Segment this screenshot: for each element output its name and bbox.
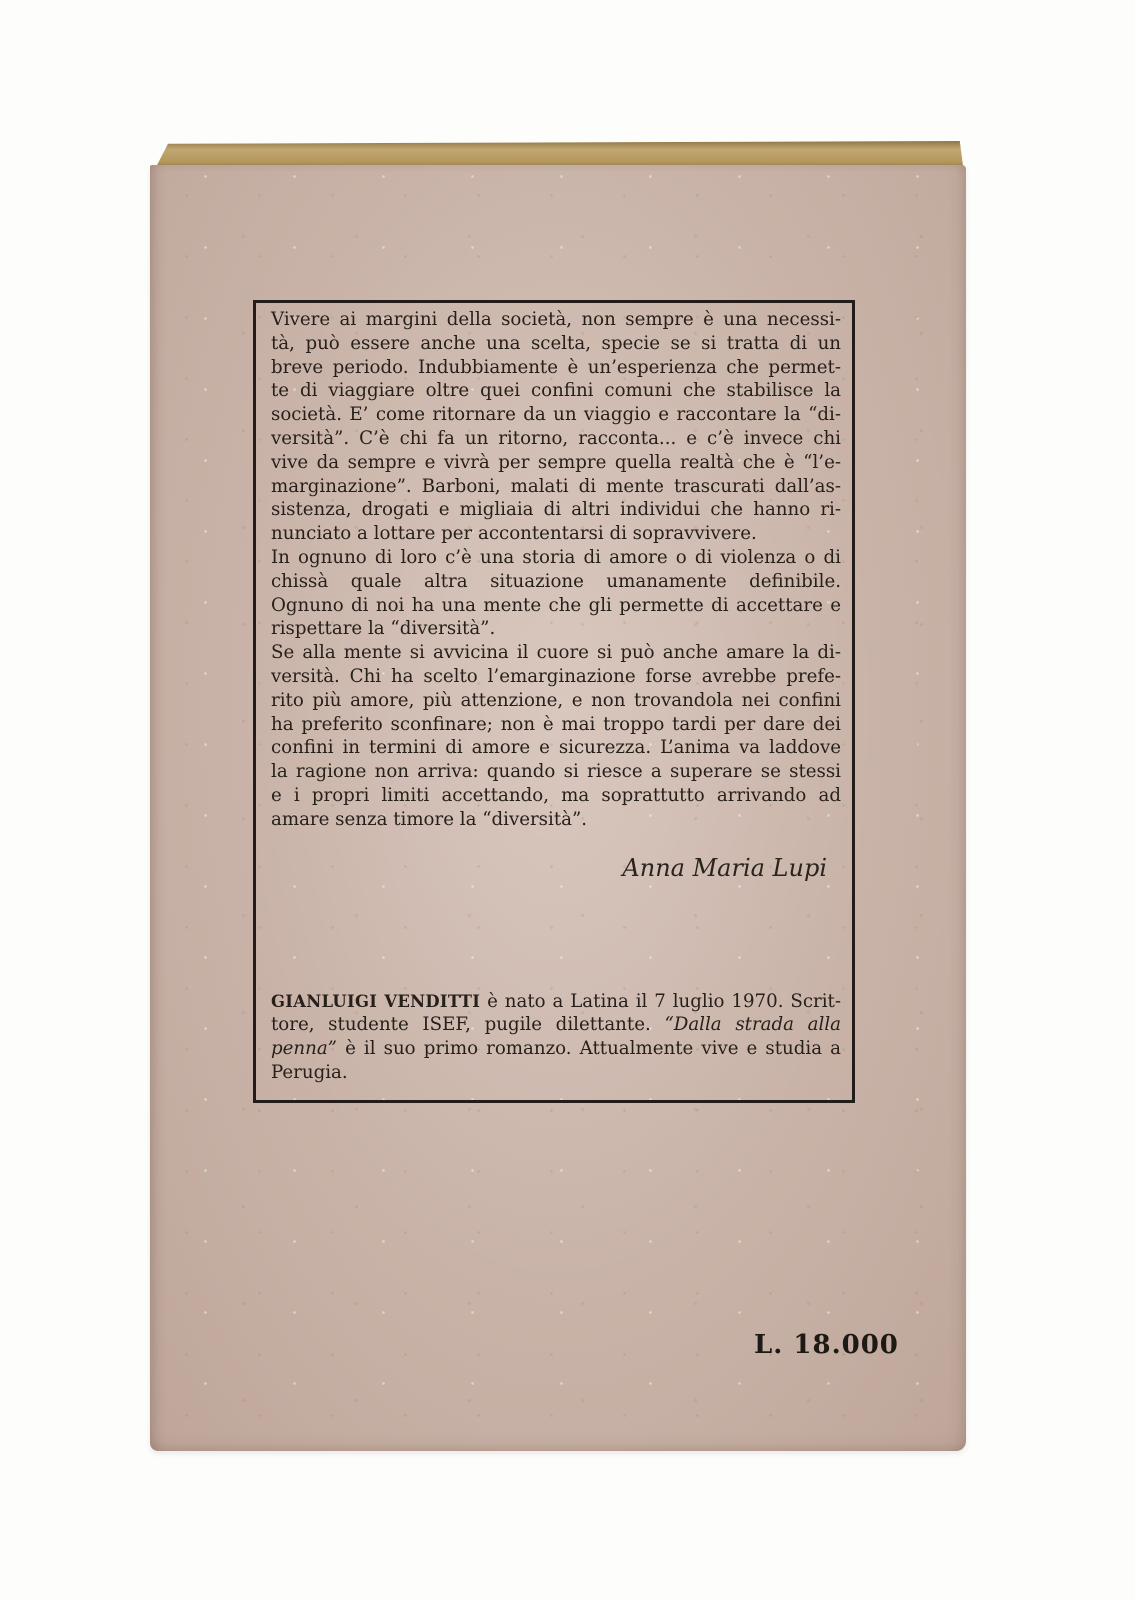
bio-text-segment: GIANLUIGI VENDITTI (271, 992, 480, 1011)
blurb-line: vive da sempre e vivrà per sempre quella… (271, 451, 841, 475)
blurb-line: ha preferito sconfinare; non è mai tropp… (271, 713, 841, 737)
bio-text-segment: è nato a Latina il 7 luglio 1970. Scrit- (480, 991, 841, 1012)
blurb-line: sistenza, drogati e migliaia di altri in… (271, 498, 841, 522)
blurb-line: breve periodo. Indubbiamente è un’esperi… (271, 356, 841, 380)
bio-line: Perugia. (271, 1061, 841, 1085)
blurb-line: marginazione”. Barboni, malati di mente … (271, 475, 841, 499)
blurb-line: Vivere ai margini della società, non sem… (271, 308, 841, 332)
blurb-line: Se alla mente si avvicina il cuore si pu… (271, 641, 841, 665)
blurb-box: Vivere ai margini della società, non sem… (253, 300, 855, 1103)
blurb-line: chissà quale altra situazione umanamente… (271, 570, 841, 594)
bio-text-segment: tore, studente ISEF, pugile dilettante. (271, 1014, 664, 1035)
bio-text-segment: penna” (271, 1038, 337, 1059)
bio-line: penna” è il suo primo romanzo. Attualmen… (271, 1037, 841, 1061)
blurb-line: tà, può essere anche una scelta, specie … (271, 332, 841, 356)
blurb-line: Ognuno di noi ha una mente che gli perme… (271, 594, 841, 618)
price-label: L. 18.000 (754, 1330, 899, 1360)
blurb-line: rispettare la “diversità”. (271, 617, 841, 641)
author-signature: Anna Maria Lupi (271, 854, 841, 882)
blurb-line: amare senza timore la “diversità”. (271, 808, 841, 832)
bio-text-segment: è il suo primo romanzo. Attualmente vive… (337, 1038, 841, 1059)
bio-line: tore, studente ISEF, pugile dilettante. … (271, 1013, 841, 1037)
bio-text-segment: Perugia. (271, 1062, 348, 1083)
blurb-line: e i propri limiti accettando, ma sopratt… (271, 784, 841, 808)
blurb-line: società. E’ come ritornare da un viaggio… (271, 403, 841, 427)
blurb-line: te di viaggiare oltre quei confini comun… (271, 379, 841, 403)
blurb-line: la ragione non arriva: quando si riesce … (271, 760, 841, 784)
blurb-line: rito più amore, più attenzione, e non tr… (271, 689, 841, 713)
bio-paragraph: GIANLUIGI VENDITTI è nato a Latina il 7 … (271, 990, 841, 1085)
blurb-line: versità”. C’è chi fa un ritorno, raccont… (271, 427, 841, 451)
blurb-line: versità. Chi ha scelto l’emarginazione f… (271, 665, 841, 689)
book-back-cover: Vivere ai margini della società, non sem… (150, 141, 966, 1451)
bio-line: GIANLUIGI VENDITTI è nato a Latina il 7 … (271, 990, 841, 1014)
blurb-line: nunciato a lottare per accontentarsi di … (271, 522, 841, 546)
blurb-line: confini in termini di amore e sicurezza.… (271, 736, 841, 760)
blurb-paragraphs: Vivere ai margini della società, non sem… (271, 308, 841, 832)
bio-text-segment: “Dalla strada alla (664, 1014, 841, 1035)
photo-background: Vivere ai margini della società, non sem… (0, 0, 1135, 1600)
blurb-line: In ognuno di loro c’è una storia di amor… (271, 546, 841, 570)
